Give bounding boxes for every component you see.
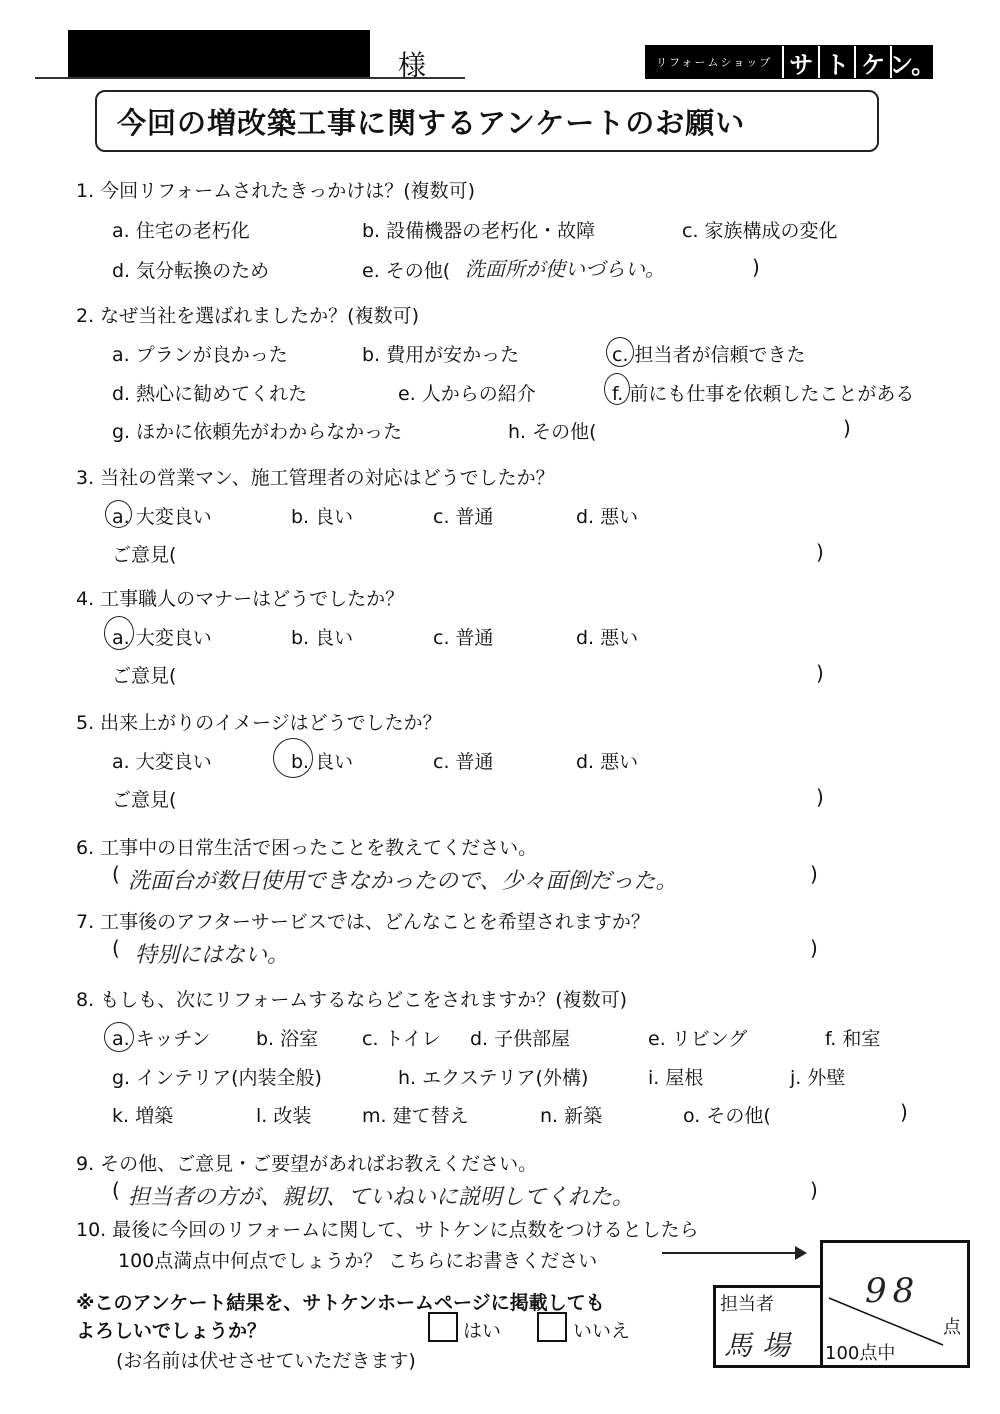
score-value[interactable]: 98 (865, 1271, 920, 1311)
q1-option-b[interactable]: b. 設備機器の老朽化・故障 (362, 216, 595, 243)
q5-comment-close: ) (816, 785, 824, 809)
arrow-right-icon (662, 1252, 797, 1254)
score-box: 98 点 100点中 (820, 1240, 970, 1368)
q2-option-d[interactable]: d. 熱心に勧めてくれた (112, 379, 307, 406)
q2-option-h[interactable]: h. その他( (508, 417, 597, 444)
publish-consent-line2: よろしいでしょうか？ (76, 1316, 266, 1343)
redacted-customer-name (68, 30, 370, 78)
consent-yes-checkbox[interactable] (428, 1312, 458, 1342)
honorific-sama: 様 (398, 44, 426, 84)
question-10-line2: 100点満点中何点でしょうか？ こちらにお書きください (118, 1246, 597, 1273)
logo-char: ン。 (892, 46, 932, 78)
q5-option-c[interactable]: c. 普通 (433, 747, 494, 774)
question-9: 9. その他、ご意見・ご要望があればお教えください。 (76, 1149, 537, 1176)
q9-answer[interactable]: 担当者の方が、親切、ていねいに説明してくれた。 (128, 1180, 634, 1211)
q8-option-b[interactable]: b. 浴室 (256, 1024, 318, 1051)
q4-option-d[interactable]: d. 悪い (576, 623, 638, 650)
q1-option-e[interactable]: e. その他( (362, 256, 450, 283)
question-2: 2. なぜ当社を選ばれましたか？(複数可) (76, 301, 419, 328)
q8-option-e[interactable]: e. リビング (648, 1024, 747, 1051)
q8-option-g[interactable]: g. インテリア(内装全般) (112, 1063, 322, 1090)
q2-option-c[interactable]: c. 担当者が信頼できた (612, 340, 806, 367)
q2-option-e[interactable]: e. 人からの紹介 (398, 379, 536, 406)
score-out-of: 100点中 (825, 1339, 895, 1365)
q8-option-n[interactable]: n. 新築 (540, 1101, 602, 1128)
q3-option-c[interactable]: c. 普通 (433, 502, 494, 529)
q6-open-paren: ( (112, 862, 120, 886)
selected-circle-mark (606, 337, 634, 367)
q6-close-paren: ) (810, 862, 818, 886)
q8-option-d[interactable]: d. 子供部屋 (470, 1024, 570, 1051)
question-4: 4. 工事職人のマナーはどうでしたか？ (76, 584, 404, 611)
staff-name[interactable]: 馬場 (724, 1324, 800, 1364)
q1-option-d[interactable]: d. 気分転換のため (112, 256, 269, 283)
question-8: 8. もしも、次にリフォームするならどこをされますか？(複数可) (76, 985, 627, 1012)
q1-option-a[interactable]: a. 住宅の老朽化 (112, 216, 250, 243)
selected-circle-mark (104, 1022, 134, 1052)
q9-close-paren: ) (810, 1178, 818, 1202)
q1-other-close: ) (752, 255, 760, 279)
q8-option-k[interactable]: k. 増築 (112, 1101, 173, 1128)
q8-option-i[interactable]: i. 屋根 (648, 1063, 703, 1090)
q5-comment-label[interactable]: ご意見( (112, 785, 176, 812)
staff-label: 担当者 (720, 1290, 774, 1316)
arrow-head-icon (795, 1246, 807, 1260)
staff-box: 担当者 馬場 (713, 1285, 823, 1368)
question-1: 1. 今回リフォームされたきっかけは？(複数可) (76, 176, 475, 203)
q8-option-o[interactable]: o. その他( (683, 1101, 771, 1128)
selected-circle-mark (273, 738, 313, 778)
logo-char: ケ (856, 46, 892, 78)
score-unit: 点 (943, 1313, 961, 1339)
company-logo: リフォームショップ サ ト ケ ン。 (645, 45, 933, 79)
q5-option-d[interactable]: d. 悪い (576, 747, 638, 774)
q9-open-paren: ( (112, 1178, 120, 1202)
consent-no-label: いいえ (573, 1316, 630, 1343)
q2-option-g[interactable]: g. ほかに依頼先がわからなかった (112, 417, 402, 444)
q2-other-close: ) (843, 416, 851, 440)
publish-consent-note: (お名前は伏せさせていただきます) (116, 1346, 416, 1373)
q5-option-a[interactable]: a. 大変良い (112, 747, 212, 774)
consent-yes-label: はい (463, 1316, 501, 1343)
q7-answer[interactable]: 特別にはない。 (135, 938, 289, 969)
q3-option-b[interactable]: b. 良い (291, 502, 353, 529)
q2-option-a[interactable]: a. プランが良かった (112, 340, 288, 367)
question-7: 7. 工事後のアフターサービスでは、どんなことを希望されますか？ (76, 907, 650, 934)
q8-other-close: ) (900, 1100, 908, 1124)
q4-option-b[interactable]: b. 良い (291, 623, 353, 650)
logo-subtitle: リフォームショップ (646, 46, 784, 78)
q8-option-f[interactable]: f. 和室 (825, 1024, 880, 1051)
q3-option-d[interactable]: d. 悪い (576, 502, 638, 529)
q1-option-c[interactable]: c. 家族構成の変化 (682, 216, 838, 243)
q2-option-b[interactable]: b. 費用が安かった (362, 340, 519, 367)
q8-option-h[interactable]: h. エクステリア(外構) (398, 1063, 588, 1090)
q6-answer[interactable]: 洗面台が数日使用できなかったので、少々面倒だった。 (128, 864, 678, 895)
q3-comment-label[interactable]: ご意見( (112, 540, 176, 567)
logo-char: ト (820, 46, 856, 78)
question-10-line1: 10. 最後に今回のリフォームに関して、サトケンに点数をつけるとしたら (76, 1215, 699, 1242)
q8-option-m[interactable]: m. 建て替え (362, 1101, 469, 1128)
q4-option-c[interactable]: c. 普通 (433, 623, 494, 650)
publish-consent-line1: ※このアンケート結果を、サトケンホームページに掲載しても (76, 1288, 605, 1315)
logo-char: サ (784, 46, 820, 78)
q2-option-f[interactable]: f. 前にも仕事を依頼したことがある (612, 379, 914, 406)
q8-option-j[interactable]: j. 外壁 (790, 1063, 845, 1090)
survey-title: 今回の増改築工事に関するアンケートのお願い (95, 90, 879, 152)
selected-circle-mark (604, 373, 630, 405)
question-6: 6. 工事中の日常生活で困ったことを教えてください。 (76, 833, 537, 860)
q7-open-paren: ( (112, 936, 120, 960)
selected-circle-mark (105, 500, 132, 528)
q8-option-c[interactable]: c. トイレ (362, 1024, 441, 1051)
question-5: 5. 出来上がりのイメージはどうでしたか？ (76, 708, 442, 735)
consent-no-checkbox[interactable] (537, 1312, 567, 1342)
q8-option-l[interactable]: l. 改装 (256, 1101, 311, 1128)
q4-comment-close: ) (816, 661, 824, 685)
selected-circle-mark (104, 616, 134, 650)
question-3: 3. 当社の営業マン、施工管理者の対応はどうでしたか？ (76, 463, 555, 490)
q4-comment-label[interactable]: ご意見( (112, 661, 176, 688)
q3-comment-close: ) (816, 540, 824, 564)
q7-close-paren: ) (810, 936, 818, 960)
q1-other-answer[interactable]: 洗面所が使いづらい。 (465, 253, 665, 282)
